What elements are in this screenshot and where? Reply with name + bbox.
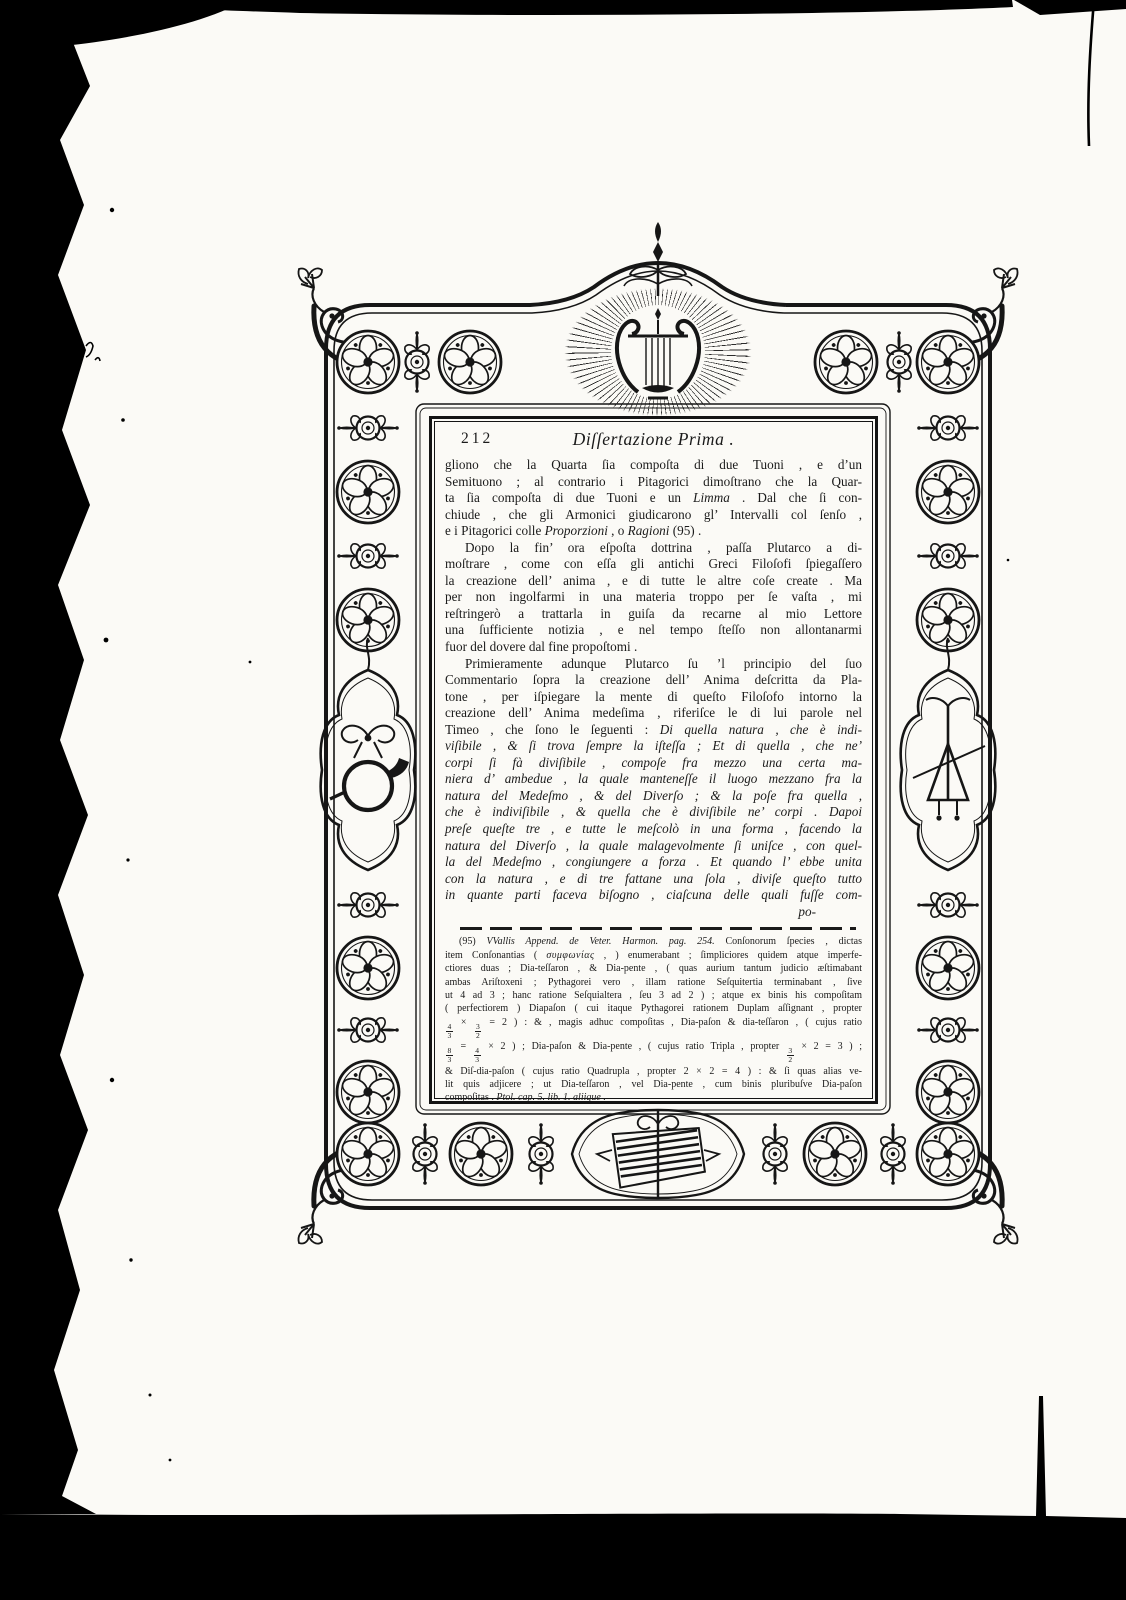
text-line: ta ſia compoſta di due Tuoni e un Limma … bbox=[445, 490, 862, 507]
catchword: po- bbox=[445, 904, 862, 921]
footnote-line: (95) VVallis Append. de Veter. Harmon. p… bbox=[445, 935, 862, 948]
footnote-line: item Conſonantias ( συμφωνίας , ) enumer… bbox=[445, 949, 862, 962]
text-line: fuor del dovere dal fine propoſtomi . bbox=[445, 639, 862, 656]
text-line: Dopo la fin’ ora eſpoſta dottrina , paſſ… bbox=[445, 540, 862, 557]
panpipes-icon bbox=[572, 1109, 744, 1199]
footnote-line: ut 4 ad 3 ; hanc ratione Seſquialtera , … bbox=[445, 989, 862, 1002]
page-number: 212 bbox=[461, 430, 493, 448]
arrow-trophy-icon bbox=[901, 638, 996, 870]
text-line: Commentario ſopra la creazione dell’ Ani… bbox=[445, 672, 862, 689]
text-line: creazione dell’ Anima medeſima , riferiſ… bbox=[445, 705, 862, 722]
footnote-line: compoſitas . Ptol. cap. 5. lib. 1. aliiq… bbox=[445, 1091, 862, 1104]
text-line: niera d’ ambedue , la quale manteneſſe i… bbox=[445, 771, 862, 788]
text-line: tone , per iſpiegare la mente di queſto … bbox=[445, 689, 862, 706]
text-line: corpi ſi fà diviſibile , compoſe fra mez… bbox=[445, 755, 862, 772]
text-line: reſtringerò a trattarla in guiſa da reca… bbox=[445, 606, 862, 623]
text-line: natura del Medeſmo , & del Diverſo ; & l… bbox=[445, 788, 862, 805]
running-title: Diſſertazione Prima . bbox=[445, 426, 862, 450]
text-line: natura del Diverſo , la quale malagevolm… bbox=[445, 838, 862, 855]
text-line: Primieramente adunque Plutarco ſu ’l pri… bbox=[445, 656, 862, 673]
hunting-horn-icon bbox=[321, 638, 416, 870]
text-line: Timeo , che ſono le ſeguenti : Di quella… bbox=[445, 722, 862, 739]
text-line: per non ingolfarmi in una materia troppo… bbox=[445, 589, 862, 606]
text-line: la creazione dell’ anima , e di tutte le… bbox=[445, 573, 862, 590]
text-line: moſtrare , come con eſſa gli antichi Gre… bbox=[445, 556, 862, 573]
text-line: la del Medeſmo , congiungere a forza . E… bbox=[445, 854, 862, 871]
footnote-line: 83 = 43 × 2 ) ; Dia-paſon & Dia-pente , … bbox=[445, 1040, 862, 1064]
footnote-line: ambas Ariſtoxeni ; Pythagorei vero , ill… bbox=[445, 976, 862, 989]
footnote-line: ctiores duas ; Dia-teſſaron , & Dia-pent… bbox=[445, 962, 862, 975]
body-text: gliono che la Quarta ſia compoſta di due… bbox=[445, 457, 862, 904]
text-line: chiude , che gli Armonici giudicarono gl… bbox=[445, 507, 862, 524]
scanned-book-page: 212 Diſſertazione Prima . gliono che la … bbox=[0, 0, 1126, 1600]
text-panel: 212 Diſſertazione Prima . gliono che la … bbox=[429, 416, 878, 1104]
text-line: viſibile , & ſi trova ſempre la iſteſſa … bbox=[445, 738, 862, 755]
footnote-line: 43 × 32 = 2 ) : & , magis adhuc compoſit… bbox=[445, 1016, 862, 1040]
text-line: e i Pitagorici colle Proporzioni , o Rag… bbox=[445, 523, 862, 540]
footnote: (95) VVallis Append. de Veter. Harmon. p… bbox=[445, 935, 862, 1104]
text-line: gliono che la Quarta ſia compoſta di due… bbox=[445, 457, 862, 474]
text-line: una ſufficiente notizia , e nel tempo ſt… bbox=[445, 622, 862, 639]
footnote-separator bbox=[460, 927, 856, 930]
text-panel-content: 212 Diſſertazione Prima . gliono che la … bbox=[435, 422, 872, 1098]
text-line: con la natura , e di tre fattane una ſol… bbox=[445, 871, 862, 888]
footnote-line: lit quis adjicere ; ut Dia-teſſaron , ve… bbox=[445, 1078, 862, 1091]
text-line: Semituono ; al contrario i Pitagorici di… bbox=[445, 474, 862, 491]
text-line: in quante parti faceva biſogno , ciaſcun… bbox=[445, 887, 862, 904]
sunburst-rays bbox=[538, 270, 778, 434]
text-line: che è indiviſibile , & quella che è divi… bbox=[445, 804, 862, 821]
footnote-line: ( perfectiorem ) Diapaſon ( cui itaque P… bbox=[445, 1002, 862, 1015]
text-line: preſe queſte tre , e tutte le meſcolò in… bbox=[445, 821, 862, 838]
footnote-line: & Diſ-dia-paſon ( cujus ratio Quadrupla … bbox=[445, 1065, 862, 1078]
